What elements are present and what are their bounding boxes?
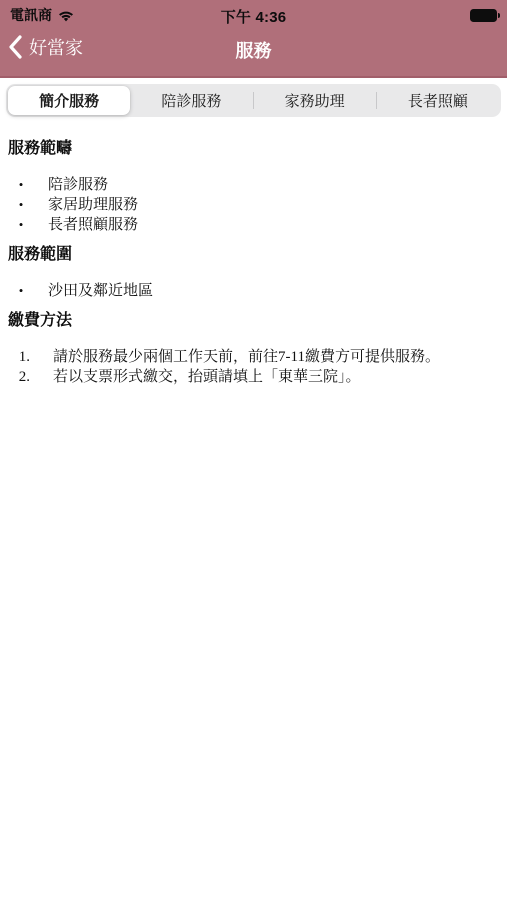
status-right [470, 9, 497, 22]
tab-陪診服務[interactable]: 陪診服務 [130, 86, 252, 115]
list-item: •長者照顧服務 [8, 215, 499, 235]
number-marker: 2. [8, 367, 30, 387]
content-area: 服務範疇•陪診服務•家居助理服務•長者照顧服務服務範圍•沙田及鄰近地區繳費方法1… [0, 117, 507, 387]
list-item-text: 請於服務最少兩個工作天前，前往7-11繳費方可提供服務。 [53, 347, 499, 367]
list-item-text: 陪診服務 [48, 175, 499, 195]
tab-家務助理[interactable]: 家務助理 [254, 86, 376, 115]
section-heading: 服務範疇 [8, 139, 499, 159]
list-item-text: 若以支票形式繳交，抬頭請填上「東華三院」。 [53, 367, 499, 387]
bullet-marker: • [8, 215, 34, 235]
bullet-marker: • [8, 175, 34, 195]
bullet-marker: • [8, 281, 34, 301]
list-item-text: 家居助理服務 [48, 195, 499, 215]
service-tabs: 簡介服務陪診服務家務助理長者照顧 [6, 84, 501, 117]
list-item: 2.若以支票形式繳交，抬頭請填上「東華三院」。 [8, 367, 499, 387]
list-item: 1.請於服務最少兩個工作天前，前往7-11繳費方可提供服務。 [8, 347, 499, 367]
nav-bar: 好當家 服務 [0, 26, 507, 76]
section-heading: 服務範圍 [8, 245, 499, 265]
bullet-marker: • [8, 195, 34, 215]
list-item-text: 長者照顧服務 [48, 215, 499, 235]
bullet-list: •陪診服務•家居助理服務•長者照顧服務 [8, 175, 499, 235]
list-item: •家居助理服務 [8, 195, 499, 215]
list-item-text: 沙田及鄰近地區 [48, 281, 499, 301]
header: 電訊商 下午 4:36 [0, 0, 507, 78]
battery-icon [470, 9, 497, 22]
list-item: •沙田及鄰近地區 [8, 281, 499, 301]
page-title: 服務 [0, 37, 507, 63]
number-marker: 1. [8, 347, 30, 367]
list-item: •陪診服務 [8, 175, 499, 195]
numbered-list: 1.請於服務最少兩個工作天前，前往7-11繳費方可提供服務。2.若以支票形式繳交… [8, 347, 499, 387]
status-time: 下午 4:36 [0, 6, 507, 27]
app-screen: 電訊商 下午 4:36 [0, 0, 507, 900]
status-bar: 電訊商 下午 4:36 [0, 0, 507, 26]
tab-長者照顧[interactable]: 長者照顧 [377, 86, 499, 115]
section-heading: 繳費方法 [8, 311, 499, 331]
bullet-list: •沙田及鄰近地區 [8, 281, 499, 301]
tab-簡介服務[interactable]: 簡介服務 [8, 86, 130, 115]
